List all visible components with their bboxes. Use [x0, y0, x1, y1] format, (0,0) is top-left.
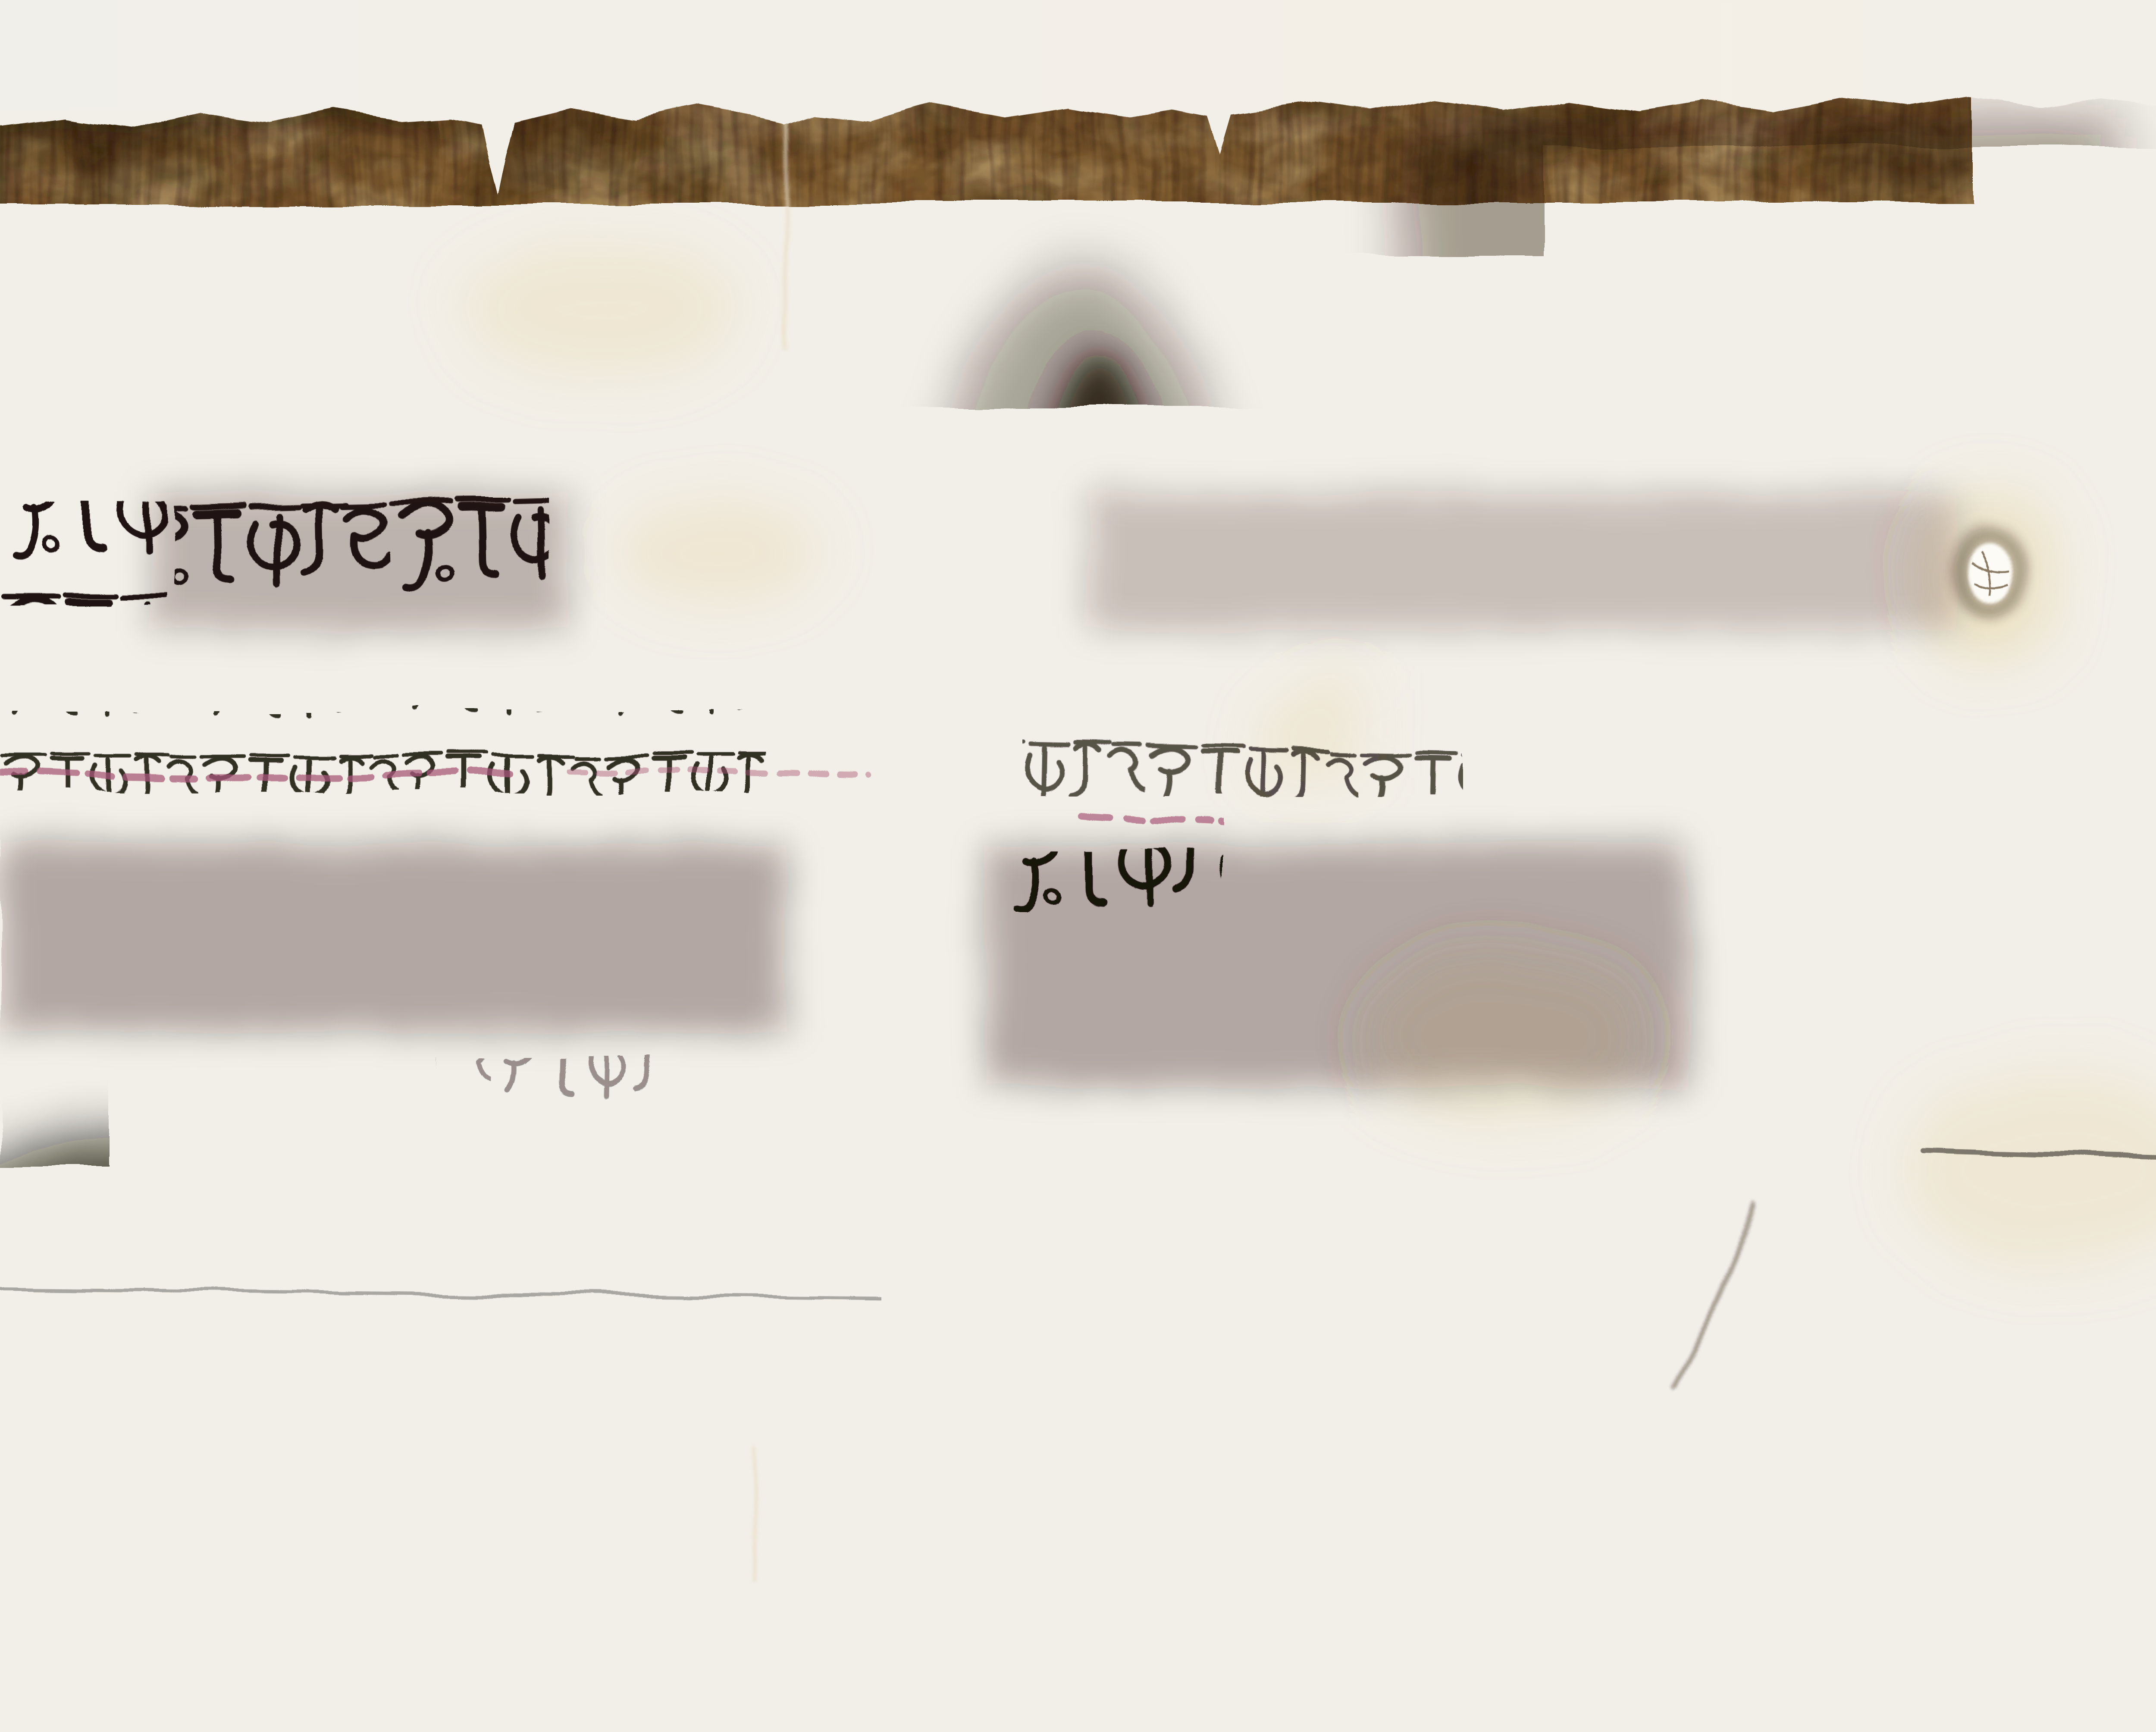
manuscript-photo-svg: [0, 0, 2156, 1732]
script-row-2: [0, 702, 2156, 796]
manuscript-photograph: [0, 0, 2156, 1732]
manuscript: [0, 67, 2156, 1730]
script-row-5: [251, 1221, 2156, 1284]
script-row-1: [0, 488, 2156, 605]
